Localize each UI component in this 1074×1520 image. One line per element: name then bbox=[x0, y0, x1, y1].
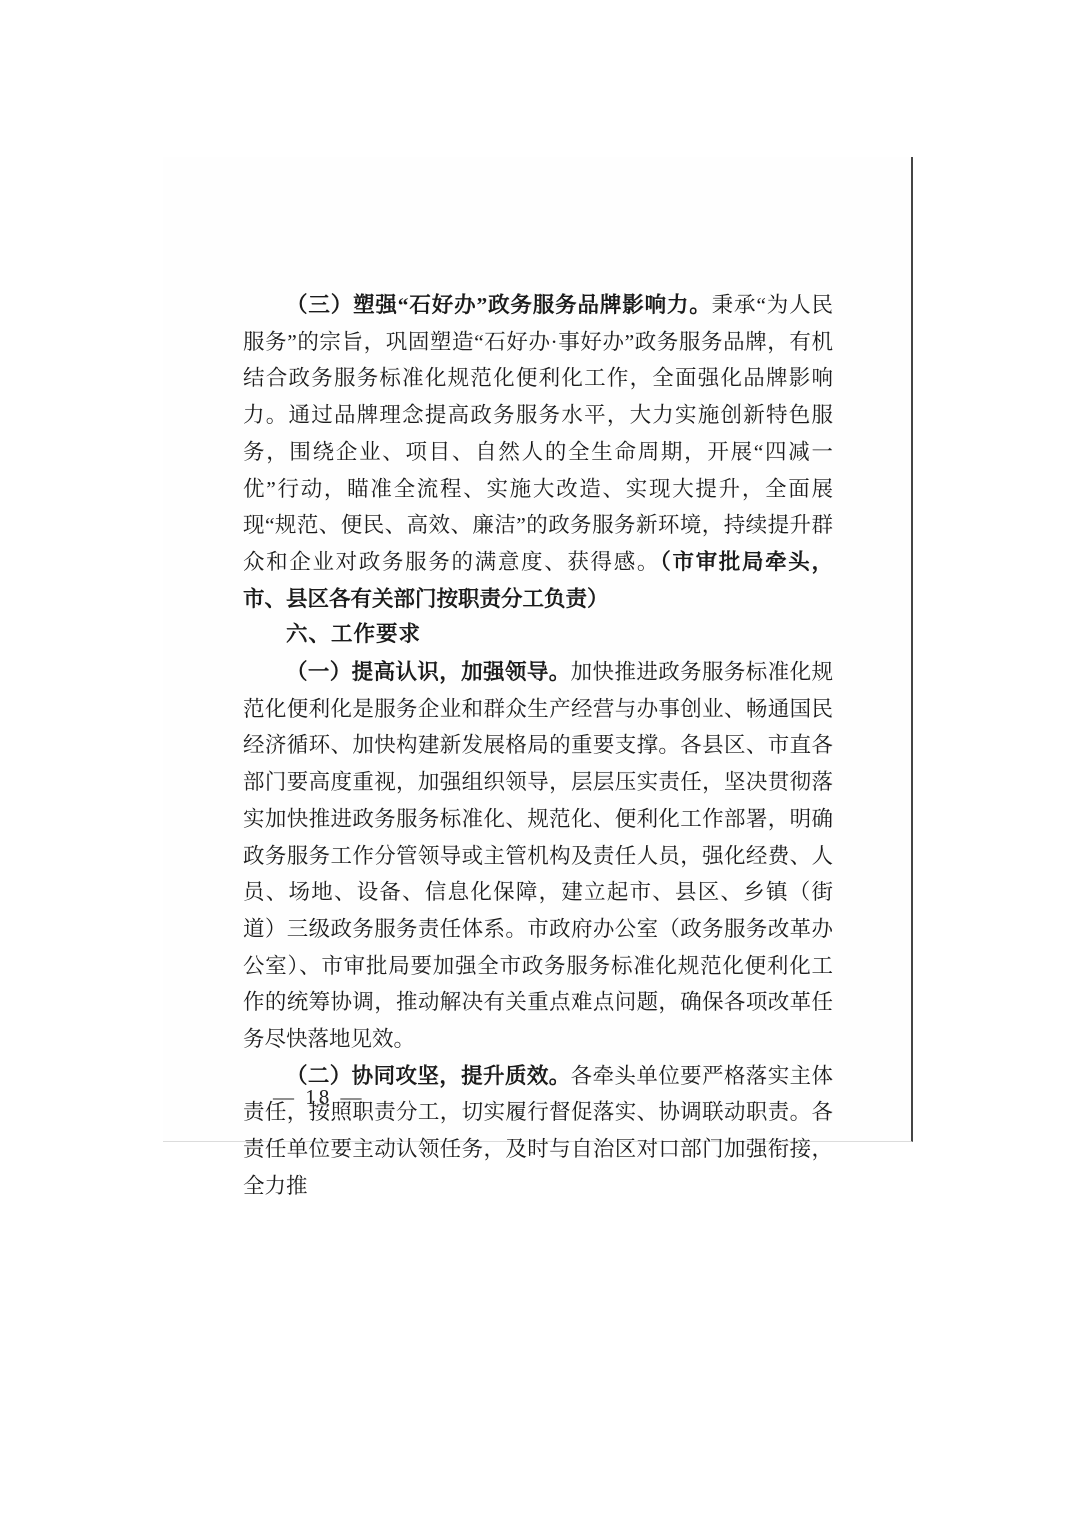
paragraph-lead-1: （一）提高认识，加强领导。 bbox=[286, 660, 571, 684]
document-page: （三）塑强“石好办”政务服务品牌影响力。秉承“为人民服务”的宗旨，巩固塑造“石好… bbox=[163, 157, 913, 1142]
document-body: （三）塑强“石好办”政务服务品牌影响力。秉承“为人民服务”的宗旨，巩固塑造“石好… bbox=[243, 287, 833, 1205]
paragraph-text-1: 加快推进政务服务标准化规范化便利化是服务企业和群众生产经营与办事创业、畅通国民经… bbox=[243, 660, 833, 1051]
paragraph-collaboration: （二）协同攻坚，提升质效。各牵头单位要严格落实主体责任，按照职责分工，切实履行督… bbox=[243, 1058, 833, 1205]
paragraph-raise-awareness: （一）提高认识，加强领导。加快推进政务服务标准化规范化便利化是服务企业和群众生产… bbox=[243, 654, 833, 1058]
scan-background: （三）塑强“石好办”政务服务品牌影响力。秉承“为人民服务”的宗旨，巩固塑造“石好… bbox=[0, 0, 1074, 1520]
paragraph-lead-3: （三）塑强“石好办”政务服务品牌影响力。 bbox=[286, 293, 712, 317]
page-number: — 18 — bbox=[273, 1085, 365, 1110]
paragraph-brand-influence: （三）塑强“石好办”政务服务品牌影响力。秉承“为人民服务”的宗旨，巩固塑造“石好… bbox=[243, 287, 833, 617]
paragraph-text-3: 秉承“为人民服务”的宗旨，巩固塑造“石好办·事好办”政务服务品牌，有机结合政务服… bbox=[243, 293, 833, 574]
section-heading-work-requirements: 六、工作要求 bbox=[243, 617, 833, 654]
